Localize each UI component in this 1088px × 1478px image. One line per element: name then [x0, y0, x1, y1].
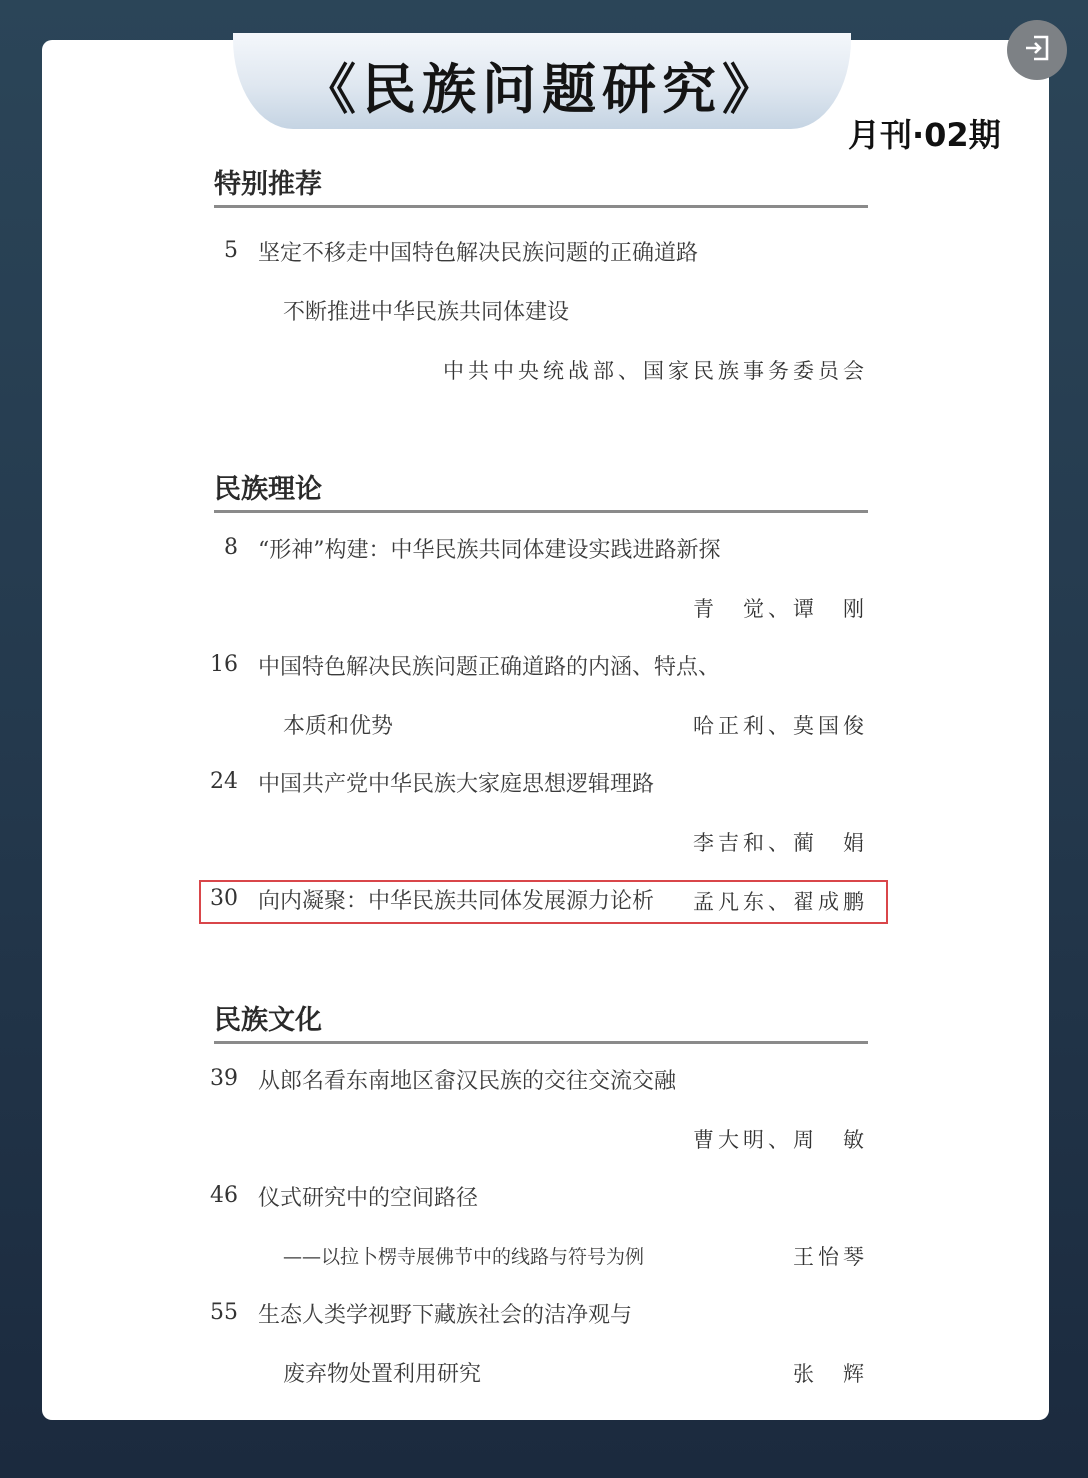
entry-title: 坚定不移走中国特色解决民族问题的正确道路 [258, 236, 698, 267]
entry-title: “形神”构建：中华民族共同体建设实践进路新探 [258, 533, 721, 564]
page-number: 55 [208, 1300, 238, 1325]
entry-authors: 王怡琴 [793, 1241, 868, 1271]
journal-title: 《民族问题研究》 [233, 47, 851, 124]
entry-authors: 哈正利、莫国俊 [693, 710, 868, 740]
issue-label: 月刊·02期 [848, 110, 1001, 156]
entry-title: 仪式研究中的空间路径 [258, 1181, 478, 1212]
page-number: 46 [208, 1183, 238, 1208]
entry-title: 中国共产党中华民族大家庭思想逻辑理路 [258, 767, 654, 798]
page-number: 16 [208, 652, 238, 677]
entry-title: 中国特色解决民族问题正确道路的内涵、特点、 [258, 650, 720, 681]
section-heading-theory: 民族理论 [214, 467, 868, 513]
entry-authors: 中共中央统战部、国家民族事务委员会 [443, 355, 868, 385]
entry-title-continued: 废弃物处置利用研究 [283, 1357, 481, 1388]
page-number: 39 [208, 1066, 238, 1091]
page-number: 8 [208, 535, 238, 560]
entry-title: 向内凝聚：中华民族共同体发展源力论析 [258, 884, 654, 915]
section-heading-culture: 民族文化 [214, 998, 868, 1044]
entry-authors: 孟凡东、翟成鹏 [693, 886, 868, 916]
entry-title: 生态人类学视野下藏族社会的洁净观与 [258, 1298, 632, 1329]
section-heading-special: 特别推荐 [214, 162, 868, 208]
entry-authors: 李吉和、蔺 娟 [693, 827, 868, 857]
title-banner: 《民族问题研究》 [233, 33, 851, 129]
entry-title-continued: 本质和优势 [283, 709, 393, 740]
entry-title: 从郎名看东南地区畲汉民族的交往交流交融 [258, 1064, 676, 1095]
exit-button[interactable] [1007, 20, 1067, 80]
entry-subtitle: ——以拉卜楞寺展佛节中的线路与符号为例 [283, 1242, 644, 1269]
entry-authors: 青 觉、谭 刚 [693, 593, 868, 623]
page-number: 24 [208, 769, 238, 794]
page-number: 5 [208, 238, 238, 263]
page-number: 30 [208, 886, 238, 911]
exit-to-app-icon [1022, 33, 1052, 67]
entry-authors: 张 辉 [793, 1358, 868, 1388]
entry-authors: 曹大明、周 敏 [693, 1124, 868, 1154]
entry-title-continued: 不断推进中华民族共同体建设 [283, 295, 569, 326]
